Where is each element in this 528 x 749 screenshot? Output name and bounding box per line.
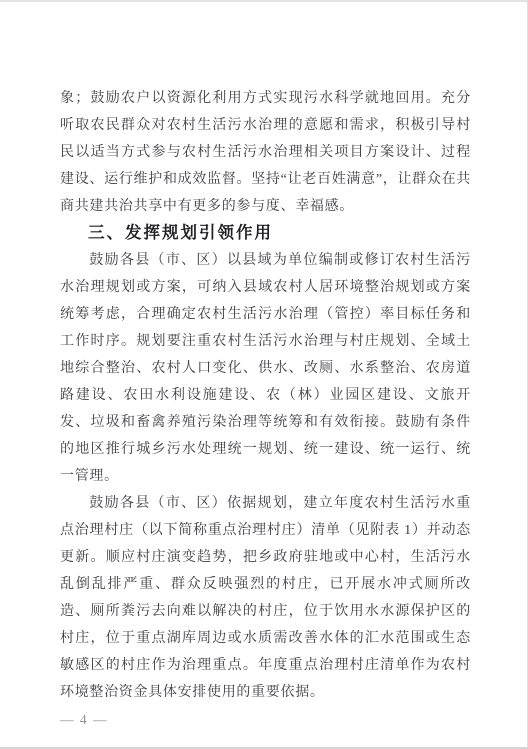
section-heading: 三、发挥规划引领作用 <box>60 220 471 247</box>
paragraph-key-villages: 鼓励各县（市、区）依据规划，建立年度农村生活污水重点治理村庄（以下简称重点治理村… <box>60 490 471 706</box>
paragraph-continuation: 象；鼓励农户以资源化利用方式实现污水科学就地回用。充分听取农民群众对农村生活污水… <box>60 85 471 220</box>
scanned-document-page: 象；鼓励农户以资源化利用方式实现污水科学就地回用。充分听取农民群众对农村生活污水… <box>0 0 528 749</box>
page-number: — 4 — <box>60 706 471 733</box>
paragraph-planning: 鼓励各县（市、区）以县域为单位编制或修订农村生活污水治理规划或方案，可纳入县域农… <box>60 247 471 490</box>
